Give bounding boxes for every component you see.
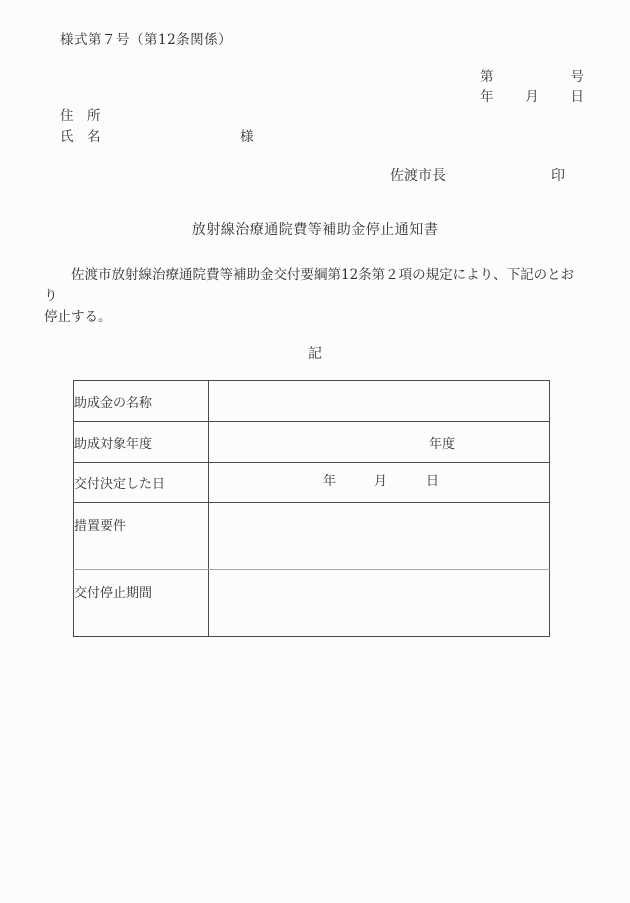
row-value-target-fiscal-year: 年度 [209,422,550,463]
document-page: 様式第７号（第12条関係） 第 号 年 月 日 住 所 氏 名 様 佐渡市長 印… [0,0,630,903]
row-label-grant-decision-date: 交付決定した日 [74,463,209,503]
row-label-measure-requirements: 措置要件 [74,503,209,570]
doc-number-line: 第 号 [480,70,584,86]
grant-date-month-label: 月 [374,475,387,488]
table-row-suspension-period: 交付停止期間 [74,570,550,637]
ki-heading: 記 [0,346,630,362]
date-line: 年 月 日 [480,90,584,106]
date-year-label: 年 [480,90,494,106]
row-value-measure-requirements [209,503,550,570]
table-row-grant-decision-date: 交付決定した日 年 月 日 [74,463,550,503]
form-number-label: 様式第７号（第12条関係） [60,33,232,49]
row-value-grant-decision-date: 年 月 日 [209,463,550,503]
date-day-label: 日 [571,90,585,106]
doc-number-prefix: 第 [480,70,494,86]
body-paragraph-line-1: 佐渡市放射線治療通院費等補助金交付要綱第12条第２項の規定により、下記のとおり [44,265,584,307]
table-row-measure-requirements: 措置要件 [74,503,550,570]
table-row-target-fiscal-year: 助成対象年度 年度 [74,422,550,463]
grant-date-year-label: 年 [323,475,336,488]
row-label-subsidy-name: 助成金の名称 [74,381,209,422]
doc-number-suffix: 号 [571,70,585,86]
table-row-subsidy-name: 助成金の名称 [74,381,550,422]
sender-line: 佐渡市長 印 [390,168,565,184]
document-title: 放射線治療通院費等補助金停止通知書 [0,222,630,238]
body-paragraph-line-2: 停止する。 [44,307,584,328]
date-month-label: 月 [525,90,539,106]
grant-date-day-label: 日 [426,475,439,488]
row-value-subsidy-name [209,381,550,422]
sender-title: 佐渡市長 [390,168,446,184]
row-value-suspension-period [209,570,550,637]
recipient-name-line: 氏 名 様 [60,130,360,146]
row-label-suspension-period: 交付停止期間 [74,570,209,637]
seal-mark: 印 [551,168,565,184]
form-table: 助成金の名称 助成対象年度 年度 交付決定した日 年 月 日 措置要件 交付停止… [73,380,550,637]
recipient-name-label: 氏 名 [60,129,101,145]
body-paragraph: 佐渡市放射線治療通院費等補助金交付要綱第12条第２項の規定により、下記のとおり … [44,265,584,328]
row-label-target-fiscal-year: 助成対象年度 [74,422,209,463]
recipient-honorific: 様 [240,130,254,146]
recipient-address-label: 住 所 [60,109,101,125]
